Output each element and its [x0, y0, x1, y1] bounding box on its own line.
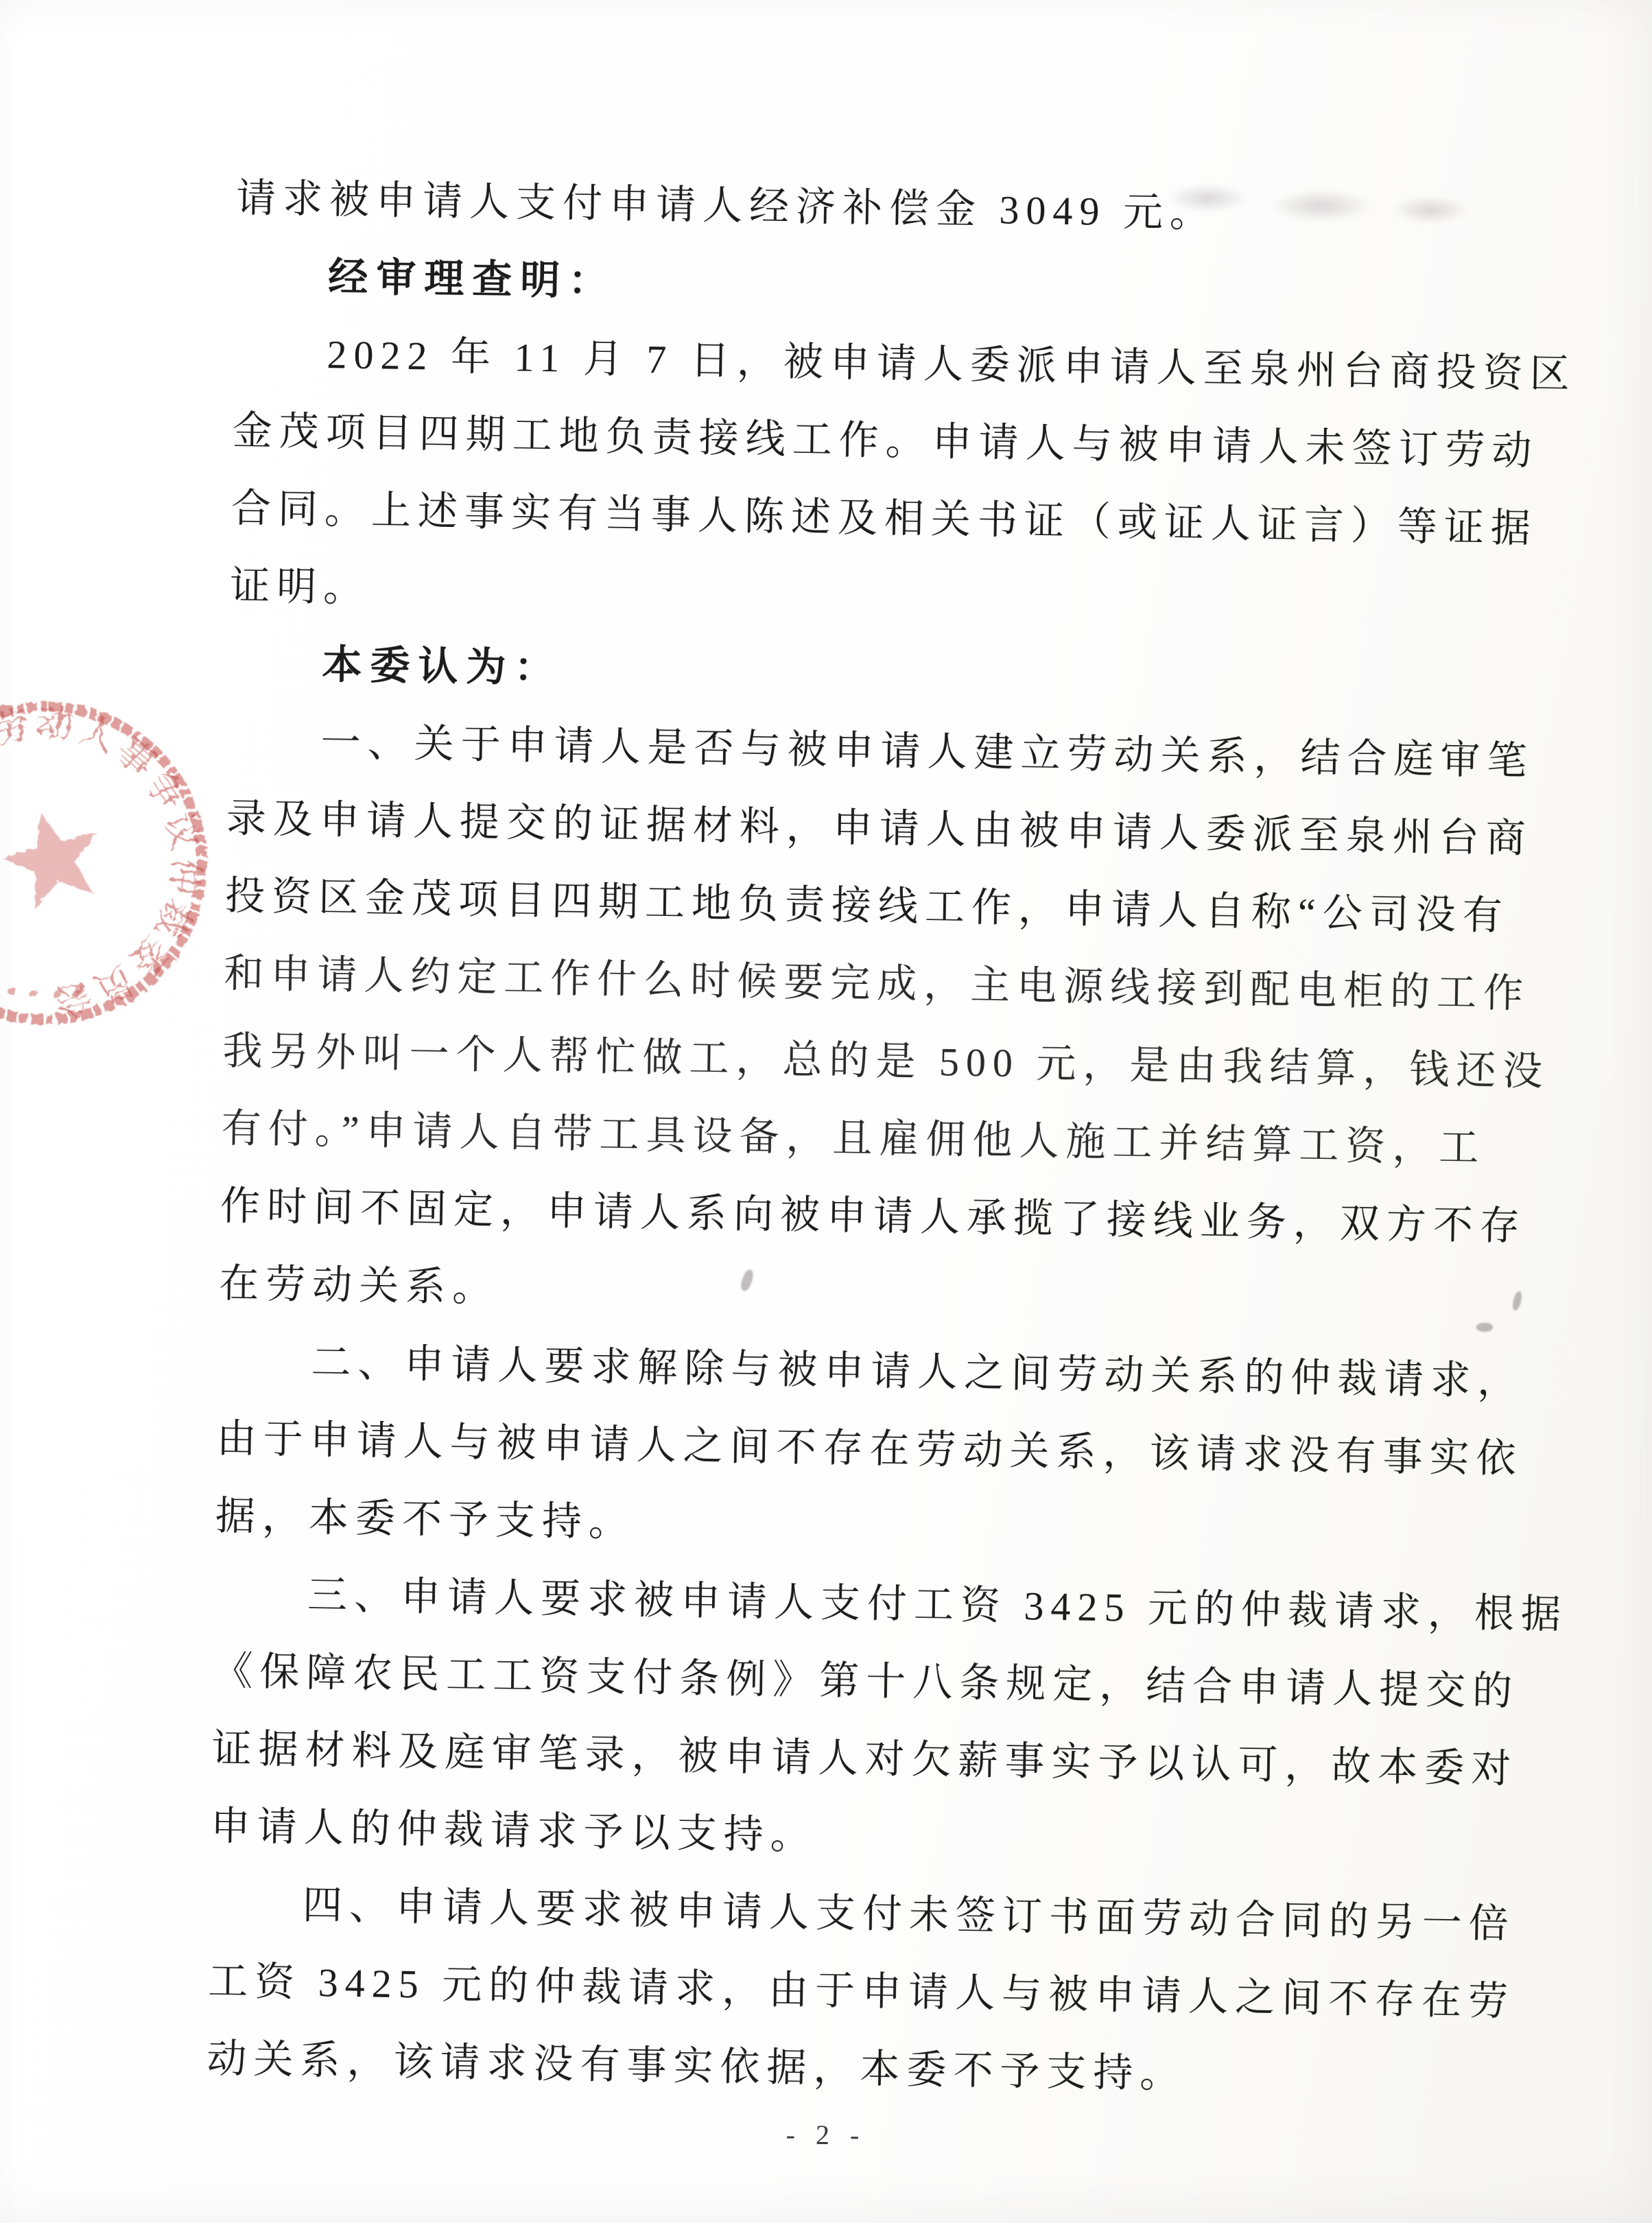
bleed-through-smudge — [1166, 184, 1249, 213]
bleed-through-smudge — [1393, 196, 1468, 224]
document-body: 请求被申请人支付申请人经济补偿金 3049 元。 经审理查明： 2022 年 1… — [206, 159, 1547, 2118]
ink-speck — [1476, 1323, 1493, 1332]
page-number: - 2 - — [0, 2113, 1652, 2157]
star-icon — [0, 799, 112, 914]
scanned-document-page: 劳动人事争议仲裁委员会 请求被申请人支付申请人经济补偿金 3049 元。 经审理… — [0, 0, 1652, 2223]
official-seal: 劳动人事争议仲裁委员会 — [0, 650, 258, 1076]
bleed-through-smudge — [1269, 189, 1372, 222]
